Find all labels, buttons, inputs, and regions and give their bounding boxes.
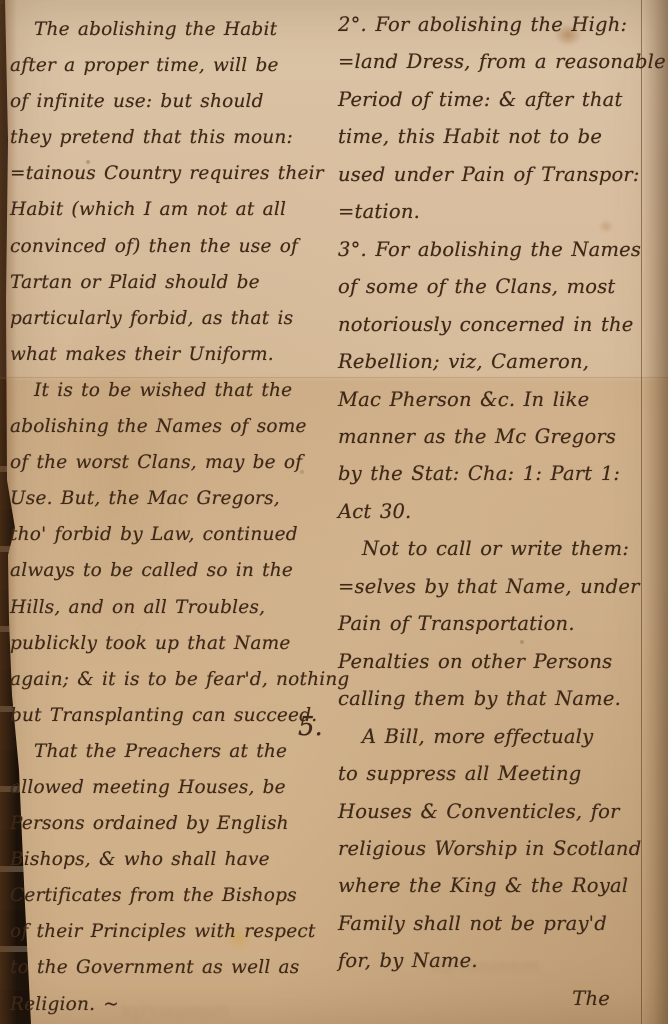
manuscript-line: particularly forbid, as that is [10, 301, 332, 337]
manuscript-line: of their Principles with respect [10, 914, 332, 950]
manuscript-line: Rebellion; viz, Cameron, [338, 343, 666, 380]
manuscript-line: Not to call or write them: [338, 530, 666, 567]
manuscript-line: of the worst Clans, may be of [10, 445, 332, 481]
manuscript-line: publickly took up that Name [10, 626, 332, 662]
manuscript-line: but Transplanting can succeed. [10, 698, 332, 734]
section-number-5: 5. [298, 712, 323, 742]
manuscript-line: to suppress all Meeting [338, 755, 666, 792]
manuscript-line: Hills, and on all Troubles, [10, 590, 332, 626]
manuscript-line: notoriously concerned in the [338, 306, 666, 343]
manuscript-line: after a proper time, will be [10, 48, 332, 84]
manuscript-line: =tation. [338, 193, 666, 230]
manuscript-line: tho' forbid by Law, continued [10, 517, 332, 553]
manuscript-line: 2°. For abolishing the High: [338, 6, 666, 43]
manuscript-line: 3°. For abolishing the Names [338, 231, 666, 268]
manuscript-line: Pain of Transportation. [338, 605, 666, 642]
manuscript-line: Certificates from the Bishops [10, 878, 332, 914]
manuscript-line: manner as the Mc Gregors [338, 418, 666, 455]
manuscript-line: for, by Name. [338, 942, 666, 979]
manuscript-line: Bishops, & who shall have [10, 842, 332, 878]
manuscript-line: =tainous Country requires their [10, 156, 332, 192]
manuscript-line: of infinite use: but should [10, 84, 332, 120]
manuscript-line: religious Worship in Scotland [338, 830, 666, 867]
manuscript-line: again; & it is to be fear'd, nothing [10, 662, 332, 698]
manuscript-line: allowed meeting Houses, be [10, 770, 332, 806]
manuscript-photo: manuscript manuscript The abolishing the… [0, 0, 668, 1024]
manuscript-line: Use. But, the Mac Gregors, [10, 481, 332, 517]
manuscript-line: calling them by that Name. [338, 680, 666, 717]
manuscript-line: Mac Pherson &c. In like [338, 381, 666, 418]
manuscript-line: =selves by that Name, under [338, 568, 666, 605]
manuscript-line: always to be called so in the [10, 553, 332, 589]
manuscript-line: they pretend that this moun: [10, 120, 332, 156]
manuscript-line: Persons ordained by English [10, 806, 332, 842]
manuscript-line: by the Stat: Cha: 1: Part 1: [338, 455, 666, 492]
manuscript-line: convinced of) then the use of [10, 229, 332, 265]
manuscript-line: That the Preachers at the [10, 734, 332, 770]
manuscript-line: what makes their Uniform. [10, 337, 332, 373]
manuscript-line: to the Government as well as [10, 950, 332, 986]
manuscript-line: A Bill, more effectualy [338, 718, 666, 755]
manuscript-line: It is to be wished that the [10, 373, 332, 409]
manuscript-line: of some of the Clans, most [338, 268, 666, 305]
manuscript-line: Religion. ~ [10, 987, 332, 1023]
manuscript-line: Family shall not be pray'd [338, 905, 666, 942]
manuscript-line: Houses & Conventicles, for [338, 793, 666, 830]
manuscript-line: time, this Habit not to be [338, 118, 666, 155]
manuscript-column-left: The abolishing the Habitafter a proper t… [10, 12, 332, 1023]
manuscript-line: Penalties on other Persons [338, 643, 666, 680]
manuscript-line: used under Pain of Transpor: [338, 156, 666, 193]
manuscript-line: =land Dress, from a reasonable [338, 43, 666, 80]
manuscript-line: The [338, 980, 666, 1017]
manuscript-line: Habit (which I am not at all [10, 192, 332, 228]
manuscript-line: The abolishing the Habit [10, 12, 332, 48]
manuscript-line: Act 30. [338, 493, 666, 530]
manuscript-line: Period of time: & after that [338, 81, 666, 118]
manuscript-line: abolishing the Names of some [10, 409, 332, 445]
manuscript-column-right: 2°. For abolishing the High:=land Dress,… [338, 6, 666, 1017]
manuscript-line: where the King & the Royal [338, 867, 666, 904]
manuscript-line: Tartan or Plaid should be [10, 265, 332, 301]
